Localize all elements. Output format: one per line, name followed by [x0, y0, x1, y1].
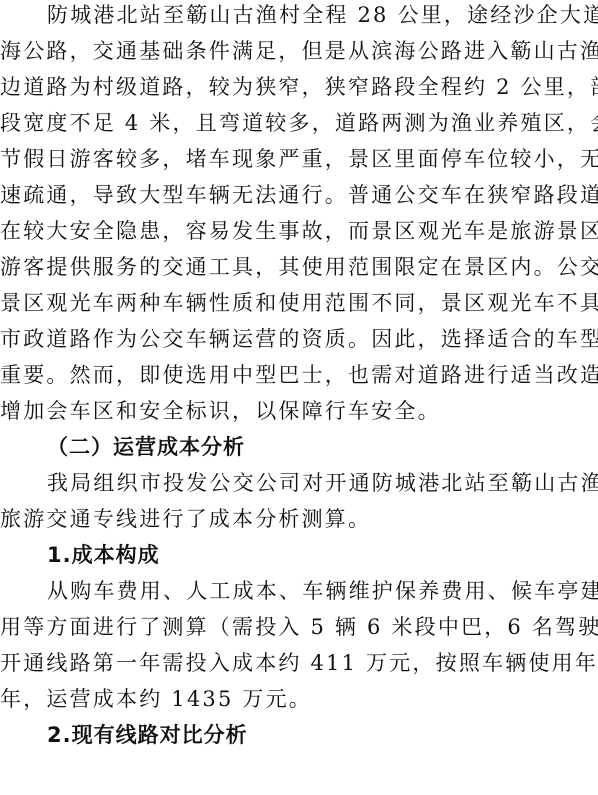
paragraph-line: 增加会车区和安全标识，以保障行车安全。	[0, 393, 598, 429]
paragraph-line: 海公路，交通基础条件满足，但是从滨海公路进入簕山古渔村周	[0, 33, 598, 69]
section-heading: （二）运营成本分析	[47, 429, 598, 465]
paragraph-line: 重要。然而，即使选用中型巴士，也需对道路进行适当改造拓宽，	[0, 357, 598, 393]
paragraph-line: 边道路为村级道路，较为狭窄，狭窄路段全程约 2 公里，部分路	[0, 69, 598, 105]
paragraph-line: 年，运营成本约 1435 万元。	[0, 681, 598, 717]
paragraph-line: 段宽度不足 4 米，且弯道较多，道路两测为渔业养殖区，会车难，	[0, 105, 598, 141]
subheading: 1.成本构成	[47, 537, 598, 573]
paragraph-line: 旅游交通专线进行了成本分析测算。	[0, 501, 598, 537]
paragraph-line: 节假日游客较多，堵车现象严重，景区里面停车位较小，无法快	[0, 141, 598, 177]
paragraph-line: 在较大安全隐患，容易发生事故，而景区观光车是旅游景区内为	[0, 213, 598, 249]
paragraph-line: 我局组织市投发公交公司对开通防城港北站至簕山古渔村	[47, 465, 598, 501]
paragraph-line: 市政道路作为公交车辆运营的资质。因此，选择适合的车型至关	[0, 321, 598, 357]
paragraph-line: 开通线路第一年需投入成本约 411 万元，按照车辆使用年限 13	[0, 645, 598, 681]
paragraph-line: 景区观光车两种车辆性质和使用范围不同，景区观光车不具备在	[0, 285, 598, 321]
paragraph-line: 防城港北站至簕山古渔村全程 28 公里，途经沙企大道、滨	[47, 0, 598, 33]
subheading: 2.现有线路对比分析	[47, 717, 598, 753]
paragraph-line: 用等方面进行了测算（需投入 5 辆 6 米段中巴，6 名驾驶员），	[0, 609, 598, 645]
paragraph-line: 速疏通，导致大型车辆无法通行。普通公交车在狭窄路段道驶存	[0, 177, 598, 213]
paragraph-line: 游客提供服务的交通工具，其使用范围限定在景区内。公交车和	[0, 249, 598, 285]
paragraph-line: 从购车费用、人工成本、车辆维护保养费用、候车亭建设费	[47, 573, 598, 609]
